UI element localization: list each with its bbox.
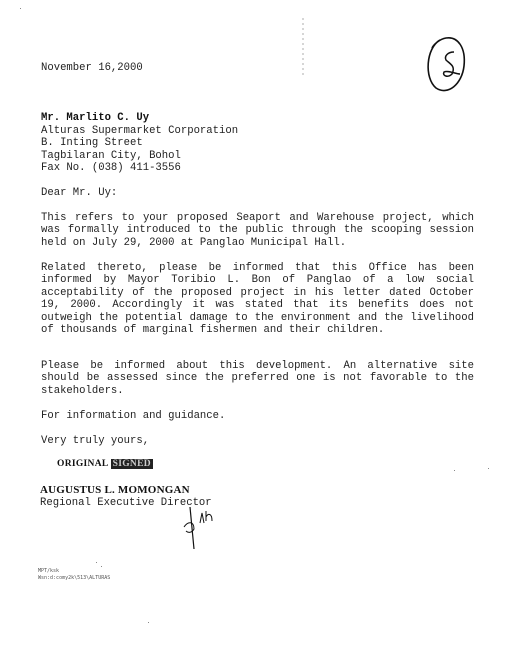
paragraph-4: For information and guidance.: [41, 410, 225, 422]
letter-page: November 16,2000 Mr. Marlito C. Uy Altur…: [0, 0, 512, 666]
scan-speck: [454, 470, 455, 471]
handwritten-initials: [182, 505, 222, 555]
paragraph-3: Please be informed about this developmen…: [41, 360, 474, 397]
signatory-name: AUGUSTUS L. MOMONGAN: [40, 484, 190, 496]
circled-number-annotation: [418, 30, 478, 100]
recipient-city: Tagbilaran City, Bohol: [41, 150, 181, 162]
closing: Very truly yours,: [41, 435, 149, 447]
recipient-company: Alturas Supermarket Corporation: [41, 125, 238, 137]
footer-initials: MPT/ksk: [38, 568, 59, 575]
original-signed-stamp: ORIGINAL SIGNED: [57, 459, 153, 469]
letter-date: November 16,2000: [41, 62, 143, 74]
stamp-word-signed: SIGNED: [111, 459, 153, 469]
recipient-street: B. Inting Street: [41, 137, 143, 149]
paragraph-2: Related thereto, please be informed that…: [41, 262, 474, 336]
recipient-fax: Fax No. (038) 411-3556: [41, 162, 181, 174]
paragraph-1: This refers to your proposed Seaport and…: [41, 212, 474, 249]
recipient-name: Mr. Marlito C. Uy: [41, 112, 149, 124]
stamp-word-original: ORIGINAL: [57, 459, 108, 469]
scan-speck: [488, 468, 489, 469]
scan-speck: [20, 8, 21, 9]
scan-speck: [101, 566, 102, 567]
footer-file-ref: Wsn:d:comy2k\513\ALTURAS: [38, 575, 110, 582]
salutation: Dear Mr. Uy:: [41, 187, 117, 199]
scan-mark: [302, 18, 306, 78]
scan-speck: [96, 562, 97, 563]
scan-speck: [148, 622, 149, 623]
